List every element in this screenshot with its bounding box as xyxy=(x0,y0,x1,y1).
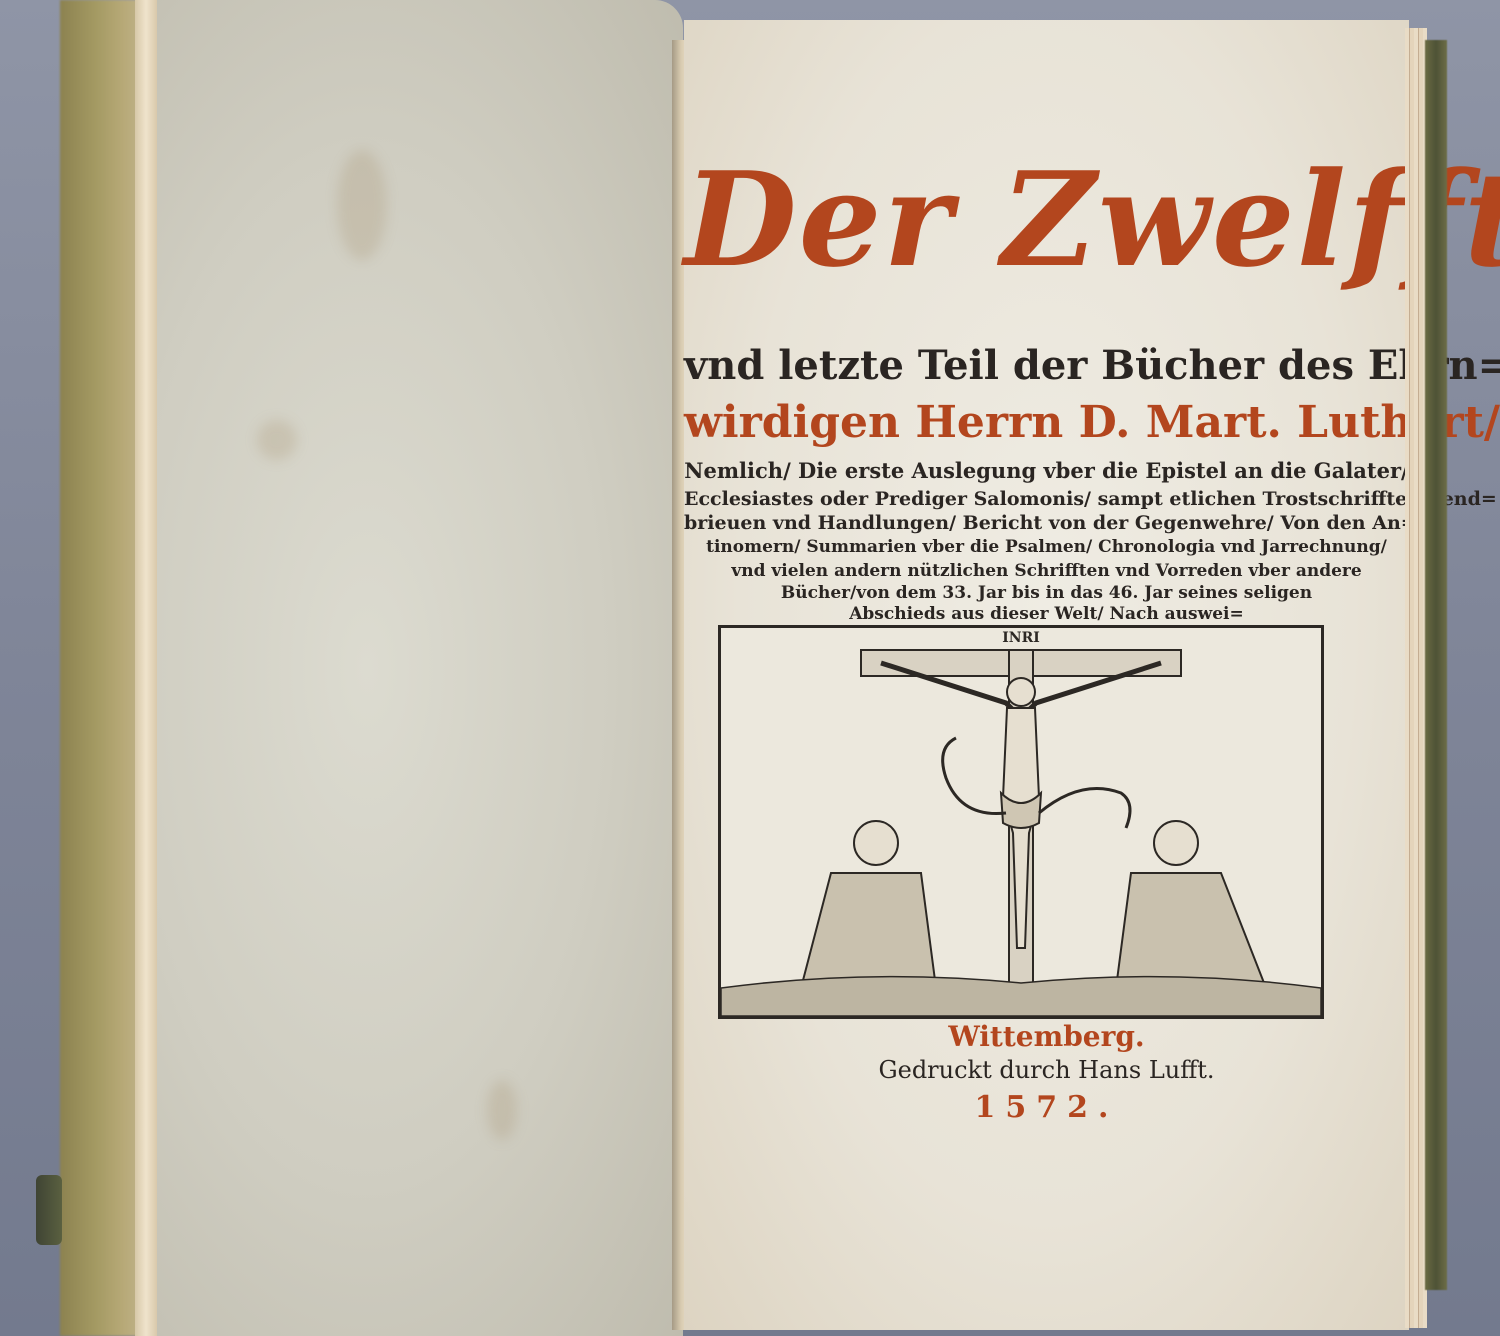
paper-stain xyxy=(337,150,387,260)
body-line: brieuen vnd Handlungen/ Bericht von der … xyxy=(684,512,1409,534)
imprint-city: Wittemberg. xyxy=(684,1020,1409,1053)
title-line-2-first: wirdigen xyxy=(684,397,900,448)
book-cover-right xyxy=(1425,40,1447,1290)
title-heading: Der Zwelffte xyxy=(684,140,1409,300)
cover-edge xyxy=(135,0,157,1336)
paper-stain xyxy=(487,1080,517,1140)
body-line: tinomern/ Summarien vber die Psalmen/ Ch… xyxy=(684,536,1409,558)
title-page: Der Zwelffte vnd letzte Teil der Bücher … xyxy=(684,20,1409,1330)
title-line-1: vnd letzte Teil der Bücher des Ehrn= xyxy=(684,340,1409,392)
imprint-year: 1572. xyxy=(684,1090,1409,1125)
crucifixion-illustration xyxy=(721,628,1321,1016)
imprint-printer: Gedruckt durch Hans Lufft. xyxy=(684,1056,1409,1084)
body-line: Nemlich/ Die erste Auslegung vber die Ep… xyxy=(684,460,1409,482)
body-line: Bücher/von dem 33. Jar bis in das 46. Ja… xyxy=(684,582,1409,604)
page-edges xyxy=(1405,28,1427,1328)
body-line: Ecclesiastes oder Prediger Salomonis/ sa… xyxy=(684,488,1409,510)
blank-left-page xyxy=(157,0,683,1336)
inri-inscription: INRI xyxy=(721,630,1321,646)
body-line: vnd vielen andern nützlichen Schrifften … xyxy=(684,560,1409,582)
book-clasp xyxy=(36,1175,62,1245)
title-line-2: wirdigen Herrn D. Mart. Luthert/ xyxy=(684,395,1409,451)
paper-stain xyxy=(257,420,297,460)
crucifixion-woodcut: INRI xyxy=(718,625,1324,1019)
